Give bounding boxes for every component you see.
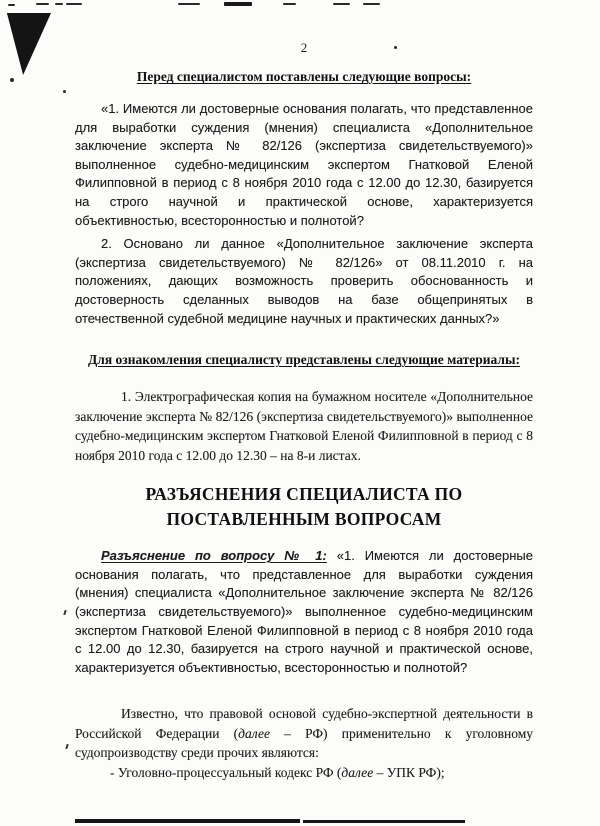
scan-tick: [63, 610, 66, 615]
heading-materials: Для ознакомления специалисту представлен…: [75, 352, 533, 368]
scan-ink-speck: [10, 78, 14, 82]
paragraph-explanation-1: Разъяснение по вопросу № 1: «1. Имеются …: [75, 547, 533, 677]
explanation-1-label: Разъяснение по вопросу № 1:: [101, 548, 327, 563]
scan-bottom-line: [75, 819, 300, 823]
explanation-1-text: «1. Имеются ли достоверные основания пол…: [75, 548, 533, 675]
document-body: 2 Перед специалистом поставлены следующи…: [75, 0, 533, 782]
scan-dash: [36, 3, 49, 5]
heading-questions: Перед специалистом поставлены следующие …: [75, 69, 533, 85]
scan-bottom-line: [303, 820, 465, 823]
list-item-upk: - Уголовно-процессуальный кодекс РФ (дал…: [75, 763, 533, 783]
legal-basis-italic: далее: [238, 726, 270, 741]
heading-explanations: РАЗЪЯСНЕНИЯ СПЕЦИАЛИСТА ПО ПОСТАВЛЕННЫМ …: [75, 482, 533, 532]
heading-materials-text: Для ознакомления специалисту представлен…: [88, 352, 520, 367]
upk-text: - Уголовно-процессуальный кодекс РФ (: [110, 765, 341, 780]
paragraph-question-2: 2. Основано ли данное «Дополнительное за…: [75, 235, 533, 328]
heading-questions-text: Перед специалистом поставлены следующие …: [137, 69, 471, 84]
scanned-document-page: 2 Перед специалистом поставлены следующи…: [0, 0, 600, 826]
scan-dash: [8, 4, 15, 6]
paragraph-question-1: «1. Имеются ли достоверные основания пол…: [75, 100, 533, 230]
scan-ink-speck: [63, 90, 66, 93]
scan-tick: [65, 744, 68, 749]
paragraph-material-1: 1. Электрографическая копия на бумажном …: [75, 387, 533, 465]
paragraph-legal-basis: Известно, что правовой основой судебно-э…: [75, 704, 533, 763]
upk-text-end: – УПК РФ);: [373, 765, 444, 780]
page-number: 2: [75, 40, 533, 56]
scan-dash: [55, 3, 63, 5]
upk-italic: далее: [341, 765, 373, 780]
scan-ink-triangle: [6, 13, 51, 75]
